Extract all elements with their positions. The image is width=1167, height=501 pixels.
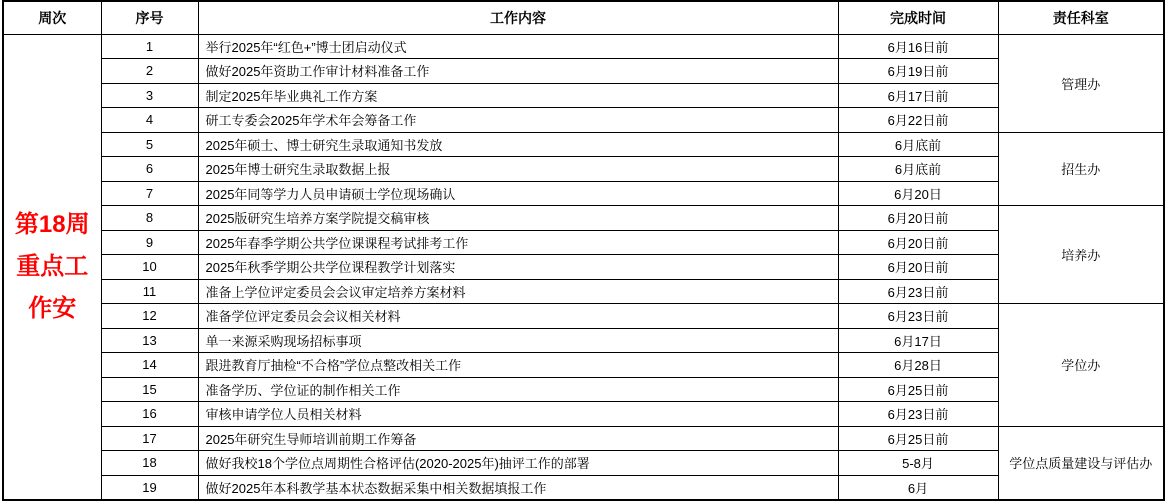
col-header-dept: 责任科室: [998, 1, 1164, 34]
deadline-cell: 6月20日前: [838, 206, 998, 231]
row-number-cell: 3: [101, 83, 198, 108]
work-content-cell: 2025年同等学力人员申请硕士学位现场确认: [198, 181, 838, 206]
row-number-cell: 12: [101, 304, 198, 329]
department-cell: 学位点质量建设与评估办: [998, 426, 1164, 500]
deadline-cell: 6月: [838, 475, 998, 500]
table-row: 3制定2025年毕业典礼工作方案6月17日前: [3, 83, 1164, 108]
deadline-cell: 6月20日前: [838, 255, 998, 280]
work-content-cell: 2025版研究生培养方案学院提交稿审核: [198, 206, 838, 231]
deadline-cell: 6月28日: [838, 353, 998, 378]
department-cell: 招生办: [998, 132, 1164, 206]
table-row: 13单一来源采购现场招标事项6月17日: [3, 328, 1164, 353]
work-content-cell: 做好2025年资助工作审计材料准备工作: [198, 59, 838, 84]
row-number-cell: 11: [101, 279, 198, 304]
row-number-cell: 18: [101, 451, 198, 476]
work-content-cell: 2025年春季学期公共学位课课程考试排考工作: [198, 230, 838, 255]
row-number-cell: 17: [101, 426, 198, 451]
deadline-cell: 6月25日前: [838, 426, 998, 451]
row-number-cell: 16: [101, 402, 198, 427]
table-row: 102025年秋季学期公共学位课程教学计划落实6月20日前: [3, 255, 1164, 280]
table-row: 16审核申请学位人员相关材料6月23日前: [3, 402, 1164, 427]
deadline-cell: 6月底前: [838, 132, 998, 157]
weekly-work-table: 周次 序号 工作内容 完成时间 责任科室 第18周重点工作安1举行2025年“红…: [2, 0, 1165, 501]
col-header-no: 序号: [101, 1, 198, 34]
row-number-cell: 2: [101, 59, 198, 84]
work-content-cell: 研工专委会2025年学术年会筹备工作: [198, 108, 838, 133]
row-number-cell: 1: [101, 34, 198, 59]
table-row: 172025年研究生导师培训前期工作筹备6月25日前学位点质量建设与评估办: [3, 426, 1164, 451]
deadline-cell: 6月17日前: [838, 83, 998, 108]
week-label-line: 重点工: [4, 246, 101, 288]
deadline-cell: 6月19日前: [838, 59, 998, 84]
header-row: 周次 序号 工作内容 完成时间 责任科室: [3, 1, 1164, 34]
weekly-work-plan-sheet: 周次 序号 工作内容 完成时间 责任科室 第18周重点工作安1举行2025年“红…: [0, 0, 1167, 499]
table-row: 92025年春季学期公共学位课课程考试排考工作6月20日前: [3, 230, 1164, 255]
col-header-deadline: 完成时间: [838, 1, 998, 34]
work-content-cell: 准备上学位评定委员会会议审定培养方案材料: [198, 279, 838, 304]
deadline-cell: 6月20日前: [838, 230, 998, 255]
work-content-cell: 制定2025年毕业典礼工作方案: [198, 83, 838, 108]
work-content-cell: 举行2025年“红色+”博士团启动仪式: [198, 34, 838, 59]
table-row: 12准备学位评定委员会会议相关材料6月23日前学位办: [3, 304, 1164, 329]
table-row: 第18周重点工作安1举行2025年“红色+”博士团启动仪式6月16日前管理办: [3, 34, 1164, 59]
row-number-cell: 10: [101, 255, 198, 280]
work-content-cell: 审核申请学位人员相关材料: [198, 402, 838, 427]
row-number-cell: 9: [101, 230, 198, 255]
department-cell: 学位办: [998, 304, 1164, 427]
row-number-cell: 19: [101, 475, 198, 500]
row-number-cell: 8: [101, 206, 198, 231]
table-row: 19做好2025年本科教学基本状态数据采集中相关数据填报工作6月: [3, 475, 1164, 500]
deadline-cell: 6月23日前: [838, 304, 998, 329]
col-header-content: 工作内容: [198, 1, 838, 34]
department-cell: 管理办: [998, 34, 1164, 132]
table-row: 18做好我校18个学位点周期性合格评估(2020-2025年)抽评工作的部署5-…: [3, 451, 1164, 476]
row-number-cell: 13: [101, 328, 198, 353]
week-label-cell: 第18周重点工作安: [3, 34, 101, 500]
work-content-cell: 2025年博士研究生录取数据上报: [198, 157, 838, 182]
row-number-cell: 15: [101, 377, 198, 402]
table-row: 4研工专委会2025年学术年会筹备工作6月22日前: [3, 108, 1164, 133]
row-number-cell: 14: [101, 353, 198, 378]
deadline-cell: 6月23日前: [838, 279, 998, 304]
deadline-cell: 6月25日前: [838, 377, 998, 402]
table-row: 82025版研究生培养方案学院提交稿审核6月20日前培养办: [3, 206, 1164, 231]
row-number-cell: 6: [101, 157, 198, 182]
row-number-cell: 5: [101, 132, 198, 157]
row-number-cell: 4: [101, 108, 198, 133]
deadline-cell: 6月底前: [838, 157, 998, 182]
deadline-cell: 6月16日前: [838, 34, 998, 59]
work-content-cell: 准备学历、学位证的制作相关工作: [198, 377, 838, 402]
work-content-cell: 跟进教育厅抽检“不合格”学位点整改相关工作: [198, 353, 838, 378]
work-content-cell: 2025年硕士、博士研究生录取通知书发放: [198, 132, 838, 157]
deadline-cell: 6月23日前: [838, 402, 998, 427]
week-label-line: 第18周: [4, 204, 101, 246]
work-content-cell: 2025年研究生导师培训前期工作筹备: [198, 426, 838, 451]
deadline-cell: 6月17日: [838, 328, 998, 353]
work-content-cell: 做好我校18个学位点周期性合格评估(2020-2025年)抽评工作的部署: [198, 451, 838, 476]
row-number-cell: 7: [101, 181, 198, 206]
department-cell: 培养办: [998, 206, 1164, 304]
work-content-cell: 准备学位评定委员会会议相关材料: [198, 304, 838, 329]
col-header-week: 周次: [3, 1, 101, 34]
table-row: 14跟进教育厅抽检“不合格”学位点整改相关工作6月28日: [3, 353, 1164, 378]
deadline-cell: 6月22日前: [838, 108, 998, 133]
deadline-cell: 6月20日: [838, 181, 998, 206]
table-row: 11准备上学位评定委员会会议审定培养方案材料6月23日前: [3, 279, 1164, 304]
work-content-cell: 做好2025年本科教学基本状态数据采集中相关数据填报工作: [198, 475, 838, 500]
deadline-cell: 5-8月: [838, 451, 998, 476]
table-row: 72025年同等学力人员申请硕士学位现场确认6月20日: [3, 181, 1164, 206]
table-row: 52025年硕士、博士研究生录取通知书发放6月底前招生办: [3, 132, 1164, 157]
table-row: 62025年博士研究生录取数据上报6月底前: [3, 157, 1164, 182]
week-label-line: 作安: [4, 288, 101, 330]
work-content-cell: 单一来源采购现场招标事项: [198, 328, 838, 353]
work-content-cell: 2025年秋季学期公共学位课程教学计划落实: [198, 255, 838, 280]
table-row: 15准备学历、学位证的制作相关工作6月25日前: [3, 377, 1164, 402]
table-row: 2做好2025年资助工作审计材料准备工作6月19日前: [3, 59, 1164, 84]
